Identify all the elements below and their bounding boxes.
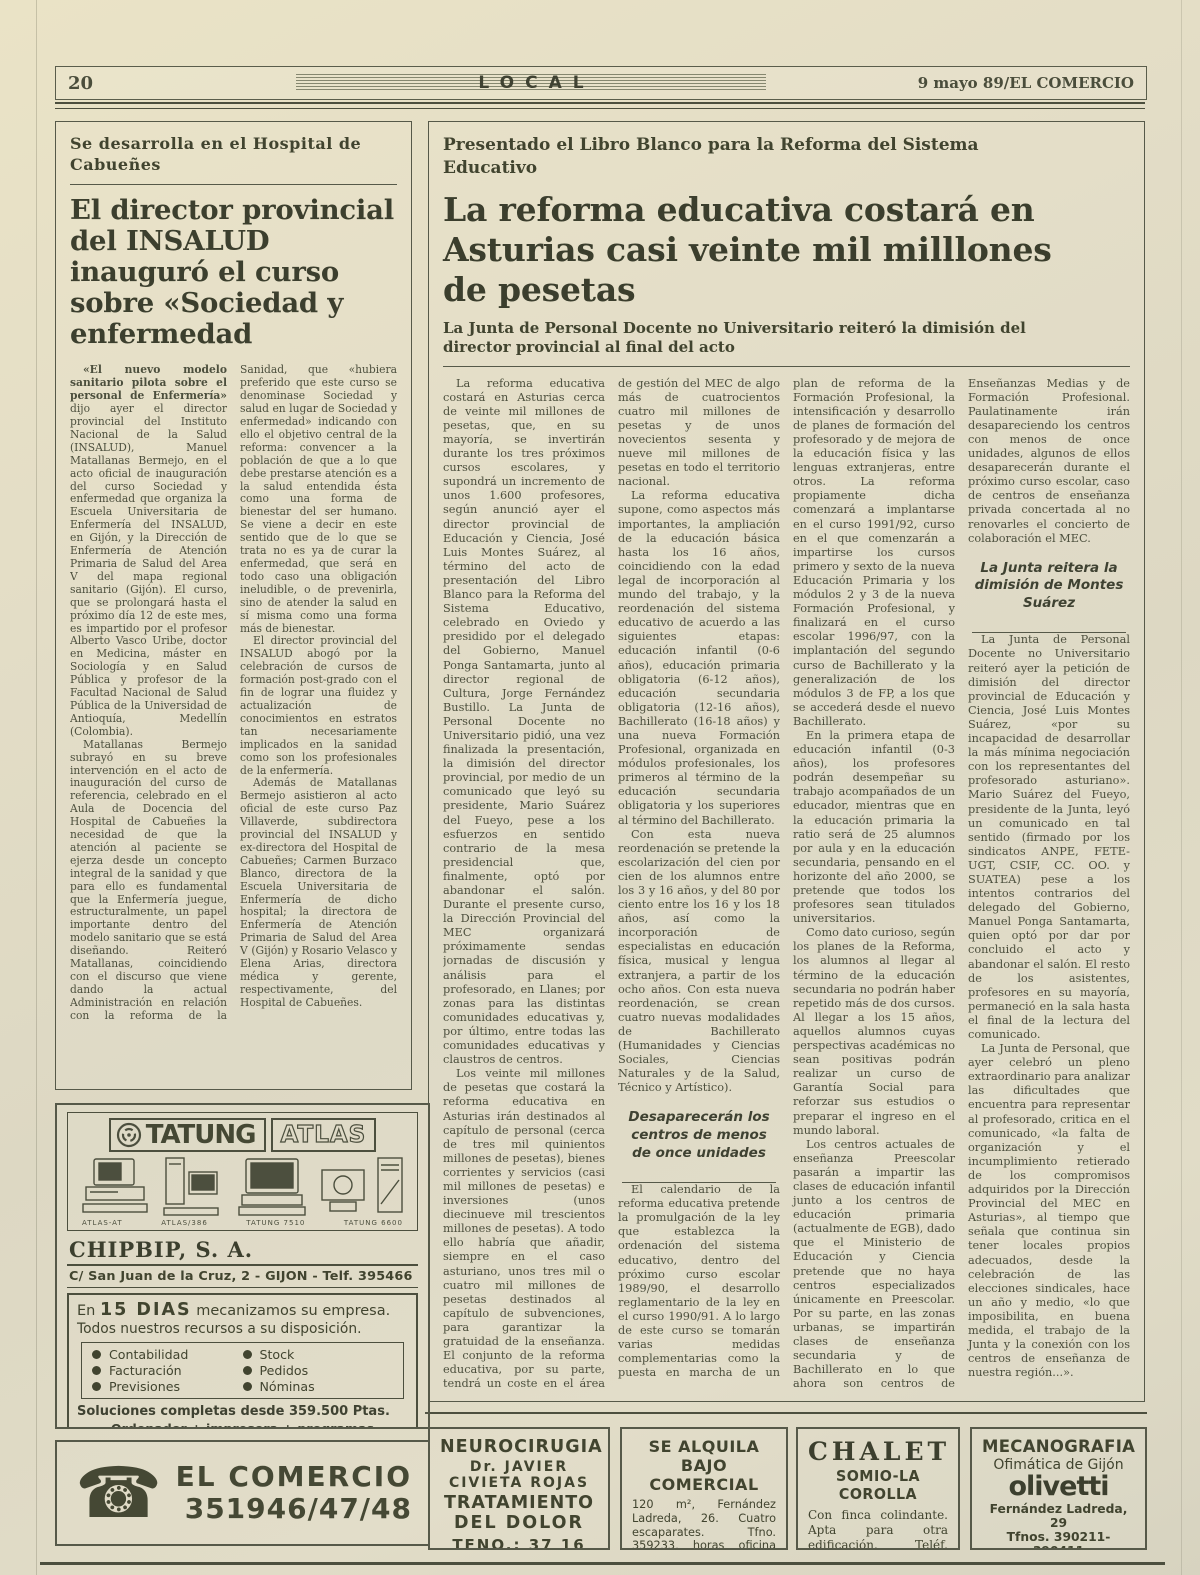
olivetti-logo: olivetti bbox=[982, 1473, 1135, 1501]
product-label: TATUNG 7510 bbox=[246, 1219, 305, 1227]
atlas-logo: ATLAS bbox=[271, 1118, 377, 1152]
ad-line: DEL DOLOR bbox=[440, 1513, 598, 1533]
mecanografia-ad: MECANOGRAFIA Ofimática de Gijón olivetti… bbox=[970, 1427, 1147, 1550]
article-paragraph: Además de Matallanas Bermejo asistieron … bbox=[240, 777, 397, 1009]
edition-date: 9 mayo 89/EL COMERCIO bbox=[874, 74, 1146, 92]
chalet-ad: CHALET SOMIO-LA COROLLA Con finca colind… bbox=[796, 1427, 960, 1550]
el-comercio-phones: 351946/47/48 bbox=[176, 1493, 412, 1525]
tatung-emblem-icon bbox=[116, 1122, 142, 1148]
ad-subtitle: SOMIO-LA COROLLA bbox=[814, 1467, 943, 1503]
ad-title: NEUROCIRUGIA bbox=[440, 1437, 598, 1457]
el-comercio-name: EL COMERCIO bbox=[176, 1461, 412, 1493]
bottom-page-rule bbox=[40, 1562, 1165, 1565]
se-alquila-ad: SE ALQUILA BAJO COMERCIAL 120 m², Fernán… bbox=[620, 1427, 788, 1550]
product-label: TATUNG 6600 bbox=[344, 1219, 403, 1227]
sidebar-headline: La Junta reitera la dimisión de Montes S… bbox=[972, 560, 1126, 634]
ad-phone: Tfnos. 390211-390411 bbox=[982, 1530, 1135, 1550]
bold-lead: «El nuevo modelo sanitario pilota sobre … bbox=[70, 364, 227, 402]
price-line: Soluciones completas desde 359.500 Ptas. bbox=[77, 1404, 408, 1419]
el-comercio-contact: EL COMERCIO 351946/47/48 bbox=[176, 1461, 412, 1525]
main-article-headline: La reforma educativa costará en Asturias… bbox=[443, 190, 1093, 311]
left-article-kicker: Se desarrolla en el Hospital de Cabueñes bbox=[70, 134, 397, 176]
services-column: Contabilidad Facturación Previsiones bbox=[92, 1347, 243, 1394]
offer-highlight: 15 DIAS bbox=[100, 1300, 192, 1320]
article-paragraph: El director provincial del INSALUD abogó… bbox=[240, 635, 397, 777]
advertiser-address: C/ San Juan de la Cruz, 2 - GIJON - Telf… bbox=[69, 1269, 418, 1284]
article-paragraph: Con esta nueva reordenación se pretende … bbox=[618, 828, 780, 1096]
article-paragraph: La Junta de Personal, que ayer celebró u… bbox=[968, 1042, 1130, 1380]
header-rule bbox=[55, 102, 1145, 109]
section-divider-rule bbox=[425, 1412, 1147, 1414]
ad-line: Dr. JAVIER bbox=[440, 1459, 598, 1475]
subhead-rule bbox=[443, 366, 1130, 367]
bundle-line: Ordenador + impresora + programas bbox=[77, 1421, 408, 1429]
left-article-headline: El director provincial del INSALUD inaug… bbox=[70, 195, 397, 350]
tatung-wordmark: TATUNG bbox=[146, 1122, 256, 1148]
article-paragraph: «El nuevo modelo sanitario pilota sobre … bbox=[70, 364, 227, 738]
article-paragraph: La reforma educativa costará en Asturias… bbox=[443, 377, 605, 1068]
service-item: Contabilidad bbox=[92, 1347, 243, 1362]
service-item: Previsiones bbox=[92, 1379, 243, 1394]
left-article: Se desarrolla en el Hospital de Cabueñes… bbox=[55, 121, 412, 1090]
ad-phone: TFNO.: 37 16 27 bbox=[440, 1536, 598, 1550]
services-box: Contabilidad Facturación Previsiones Sto… bbox=[81, 1342, 404, 1399]
section-title: LOCAL bbox=[467, 75, 594, 92]
article-paragraph: En la primera etapa de educación infanti… bbox=[793, 729, 955, 926]
hatch-band: LOCAL bbox=[296, 74, 766, 92]
tatung-logo: TATUNG bbox=[109, 1118, 266, 1152]
services-column: Stock Pedidos Nóminas bbox=[243, 1347, 394, 1394]
neurocirugia-ad: NEUROCIRUGIA Dr. JAVIER CIVIETA ROJAS TR… bbox=[428, 1427, 610, 1550]
bullet-icon bbox=[243, 1366, 252, 1375]
ad-title: MECANOGRAFIA bbox=[982, 1437, 1135, 1456]
bullet-icon bbox=[92, 1366, 101, 1375]
atlas-wordmark: ATLAS bbox=[281, 1124, 367, 1147]
inner-subhead: Desaparecerán los centros de menos de on… bbox=[622, 1109, 776, 1183]
newspaper-page: 20 LOCAL 9 mayo 89/EL COMERCIO Se desarr… bbox=[0, 0, 1200, 1575]
bullet-icon bbox=[243, 1350, 252, 1359]
offer-box: En 15 DIAS mecanizamos su empresa. Todos… bbox=[67, 1293, 418, 1429]
rule bbox=[67, 1264, 418, 1266]
article-paragraph: Como dato curioso, según los planes de l… bbox=[793, 926, 955, 1137]
bullet-icon bbox=[243, 1382, 252, 1391]
ad-title: BAJO COMERCIAL bbox=[632, 1456, 776, 1494]
main-article-kicker: Presentado el Libro Blanco para la Refor… bbox=[443, 134, 1063, 180]
service-item: Facturación bbox=[92, 1363, 243, 1378]
bullet-icon bbox=[92, 1350, 101, 1359]
product-labels: ATLAS-AT ATLAS/386 TATUNG 7510 TATUNG 66… bbox=[74, 1219, 411, 1227]
telephone-icon: ☎ bbox=[75, 1458, 162, 1528]
main-article-body: La reforma educativa costará en Asturias… bbox=[443, 377, 1130, 1393]
kicker-rule bbox=[70, 184, 397, 186]
computer-lineup-image bbox=[78, 1156, 408, 1218]
article-paragraph: La reforma educativa supone, como aspect… bbox=[618, 489, 780, 827]
main-article: Presentado el Libro Blanco para la Refor… bbox=[428, 121, 1145, 1402]
service-item: Pedidos bbox=[243, 1363, 394, 1378]
page-number: 20 bbox=[56, 73, 188, 94]
chipbip-ad: TATUNG ATLAS bbox=[55, 1103, 430, 1429]
ad-body: 120 m², Fernández Ladreda, 26. Cuatro es… bbox=[632, 1498, 776, 1550]
ad-title: CHALET bbox=[808, 1437, 948, 1466]
ad-body: Con finca colindante. Apta para otra edi… bbox=[808, 1508, 948, 1550]
ad-line: CIVIETA ROJAS bbox=[440, 1475, 598, 1491]
product-image-box: TATUNG ATLAS bbox=[67, 1112, 418, 1231]
rule bbox=[67, 1287, 418, 1289]
section-banner: LOCAL bbox=[188, 67, 874, 99]
main-article-subhead: La Junta de Personal Docente no Universi… bbox=[443, 319, 1083, 358]
brand-logos: TATUNG ATLAS bbox=[74, 1118, 411, 1152]
article-paragraph: La Junta de Personal Docente no Universi… bbox=[968, 633, 1130, 1042]
ad-line: TRATAMIENTO bbox=[440, 1493, 598, 1513]
service-item: Nóminas bbox=[243, 1379, 394, 1394]
product-label: ATLAS-AT bbox=[82, 1219, 123, 1227]
left-article-body: «El nuevo modelo sanitario pilota sobre … bbox=[70, 364, 397, 1090]
product-label: ATLAS/386 bbox=[161, 1219, 208, 1227]
bullet-icon bbox=[92, 1382, 101, 1391]
ad-address: Fernández Ladreda, 29 bbox=[982, 1502, 1135, 1530]
header-bar: 20 LOCAL 9 mayo 89/EL COMERCIO bbox=[55, 66, 1147, 100]
offer-line-1: En 15 DIAS mecanizamos su empresa. bbox=[77, 1300, 408, 1320]
ad-title: SE ALQUILA bbox=[632, 1437, 776, 1456]
service-item: Stock bbox=[243, 1347, 394, 1362]
offer-line-2: Todos nuestros recursos a su disposición… bbox=[77, 1321, 408, 1337]
advertiser-name: CHIPBIP, S. A. bbox=[69, 1237, 418, 1262]
el-comercio-ad: ☎ EL COMERCIO 351946/47/48 bbox=[55, 1440, 430, 1546]
